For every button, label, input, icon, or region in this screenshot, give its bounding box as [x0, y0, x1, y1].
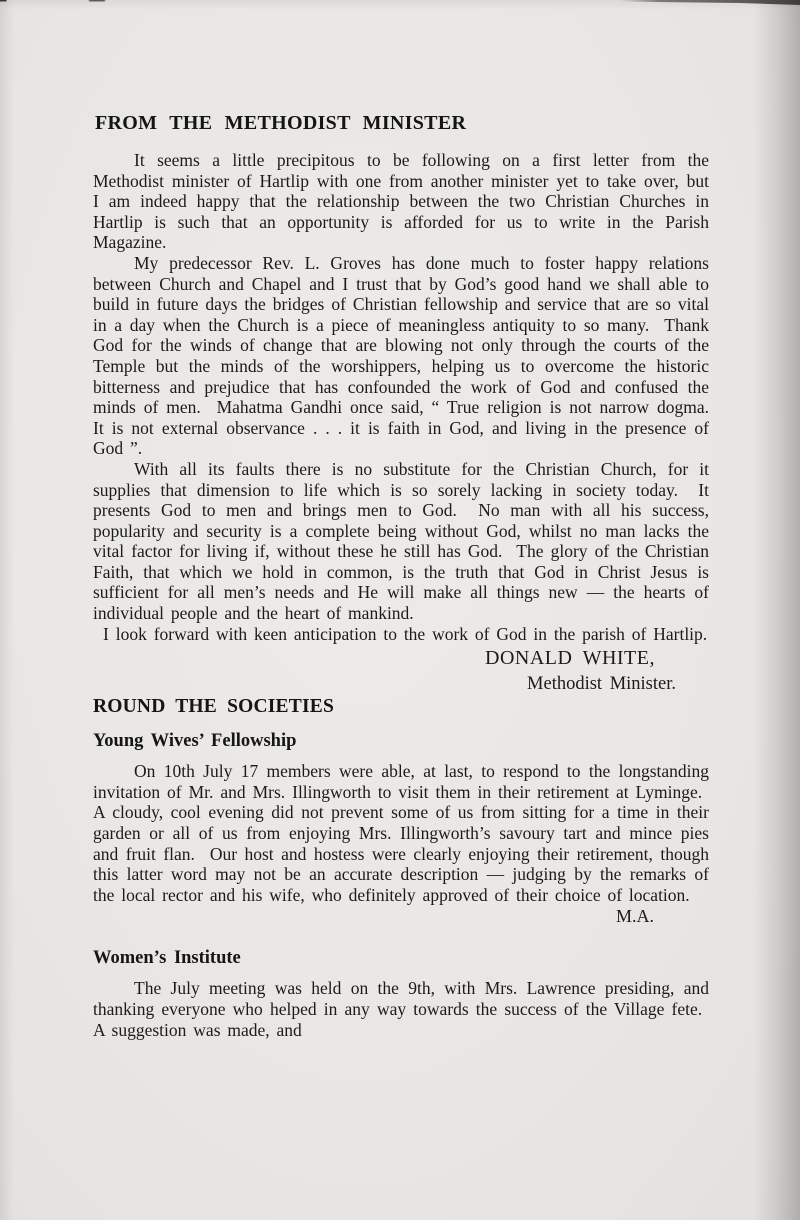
- letter-paragraph-3: With all its faults there is no substitu…: [93, 459, 709, 624]
- young-wives-paragraph: On 10th July 17 members were able, at la…: [93, 761, 709, 905]
- young-wives-signature: M.A.: [93, 906, 709, 927]
- letter-paragraph-4: I look forward with keen anticipation to…: [93, 624, 709, 645]
- letter-heading: FROM THE METHODIST MINISTER: [95, 112, 709, 135]
- signature-name: DONALD WHITE,: [93, 646, 709, 670]
- scan-edge-artifact: [0, 0, 800, 5]
- scanned-magazine-page: { "letter": { "heading": "FROM THE METHO…: [0, 0, 800, 1220]
- societies-heading: ROUND THE SOCIETIES: [93, 696, 709, 718]
- womens-institute-heading: Women’s Institute: [93, 948, 709, 969]
- womens-institute-paragraph: The July meeting was held on the 9th, wi…: [93, 978, 709, 1040]
- signature-role: Methodist Minister.: [93, 674, 709, 695]
- letter-paragraph-2: My predecessor Rev. L. Groves has done m…: [93, 253, 709, 459]
- letter-paragraph-1: It seems a little precipitous to be foll…: [93, 150, 709, 253]
- young-wives-heading: Young Wives’ Fellowship: [93, 731, 709, 752]
- page-content: FROM THE METHODIST MINISTER It seems a l…: [93, 112, 709, 1040]
